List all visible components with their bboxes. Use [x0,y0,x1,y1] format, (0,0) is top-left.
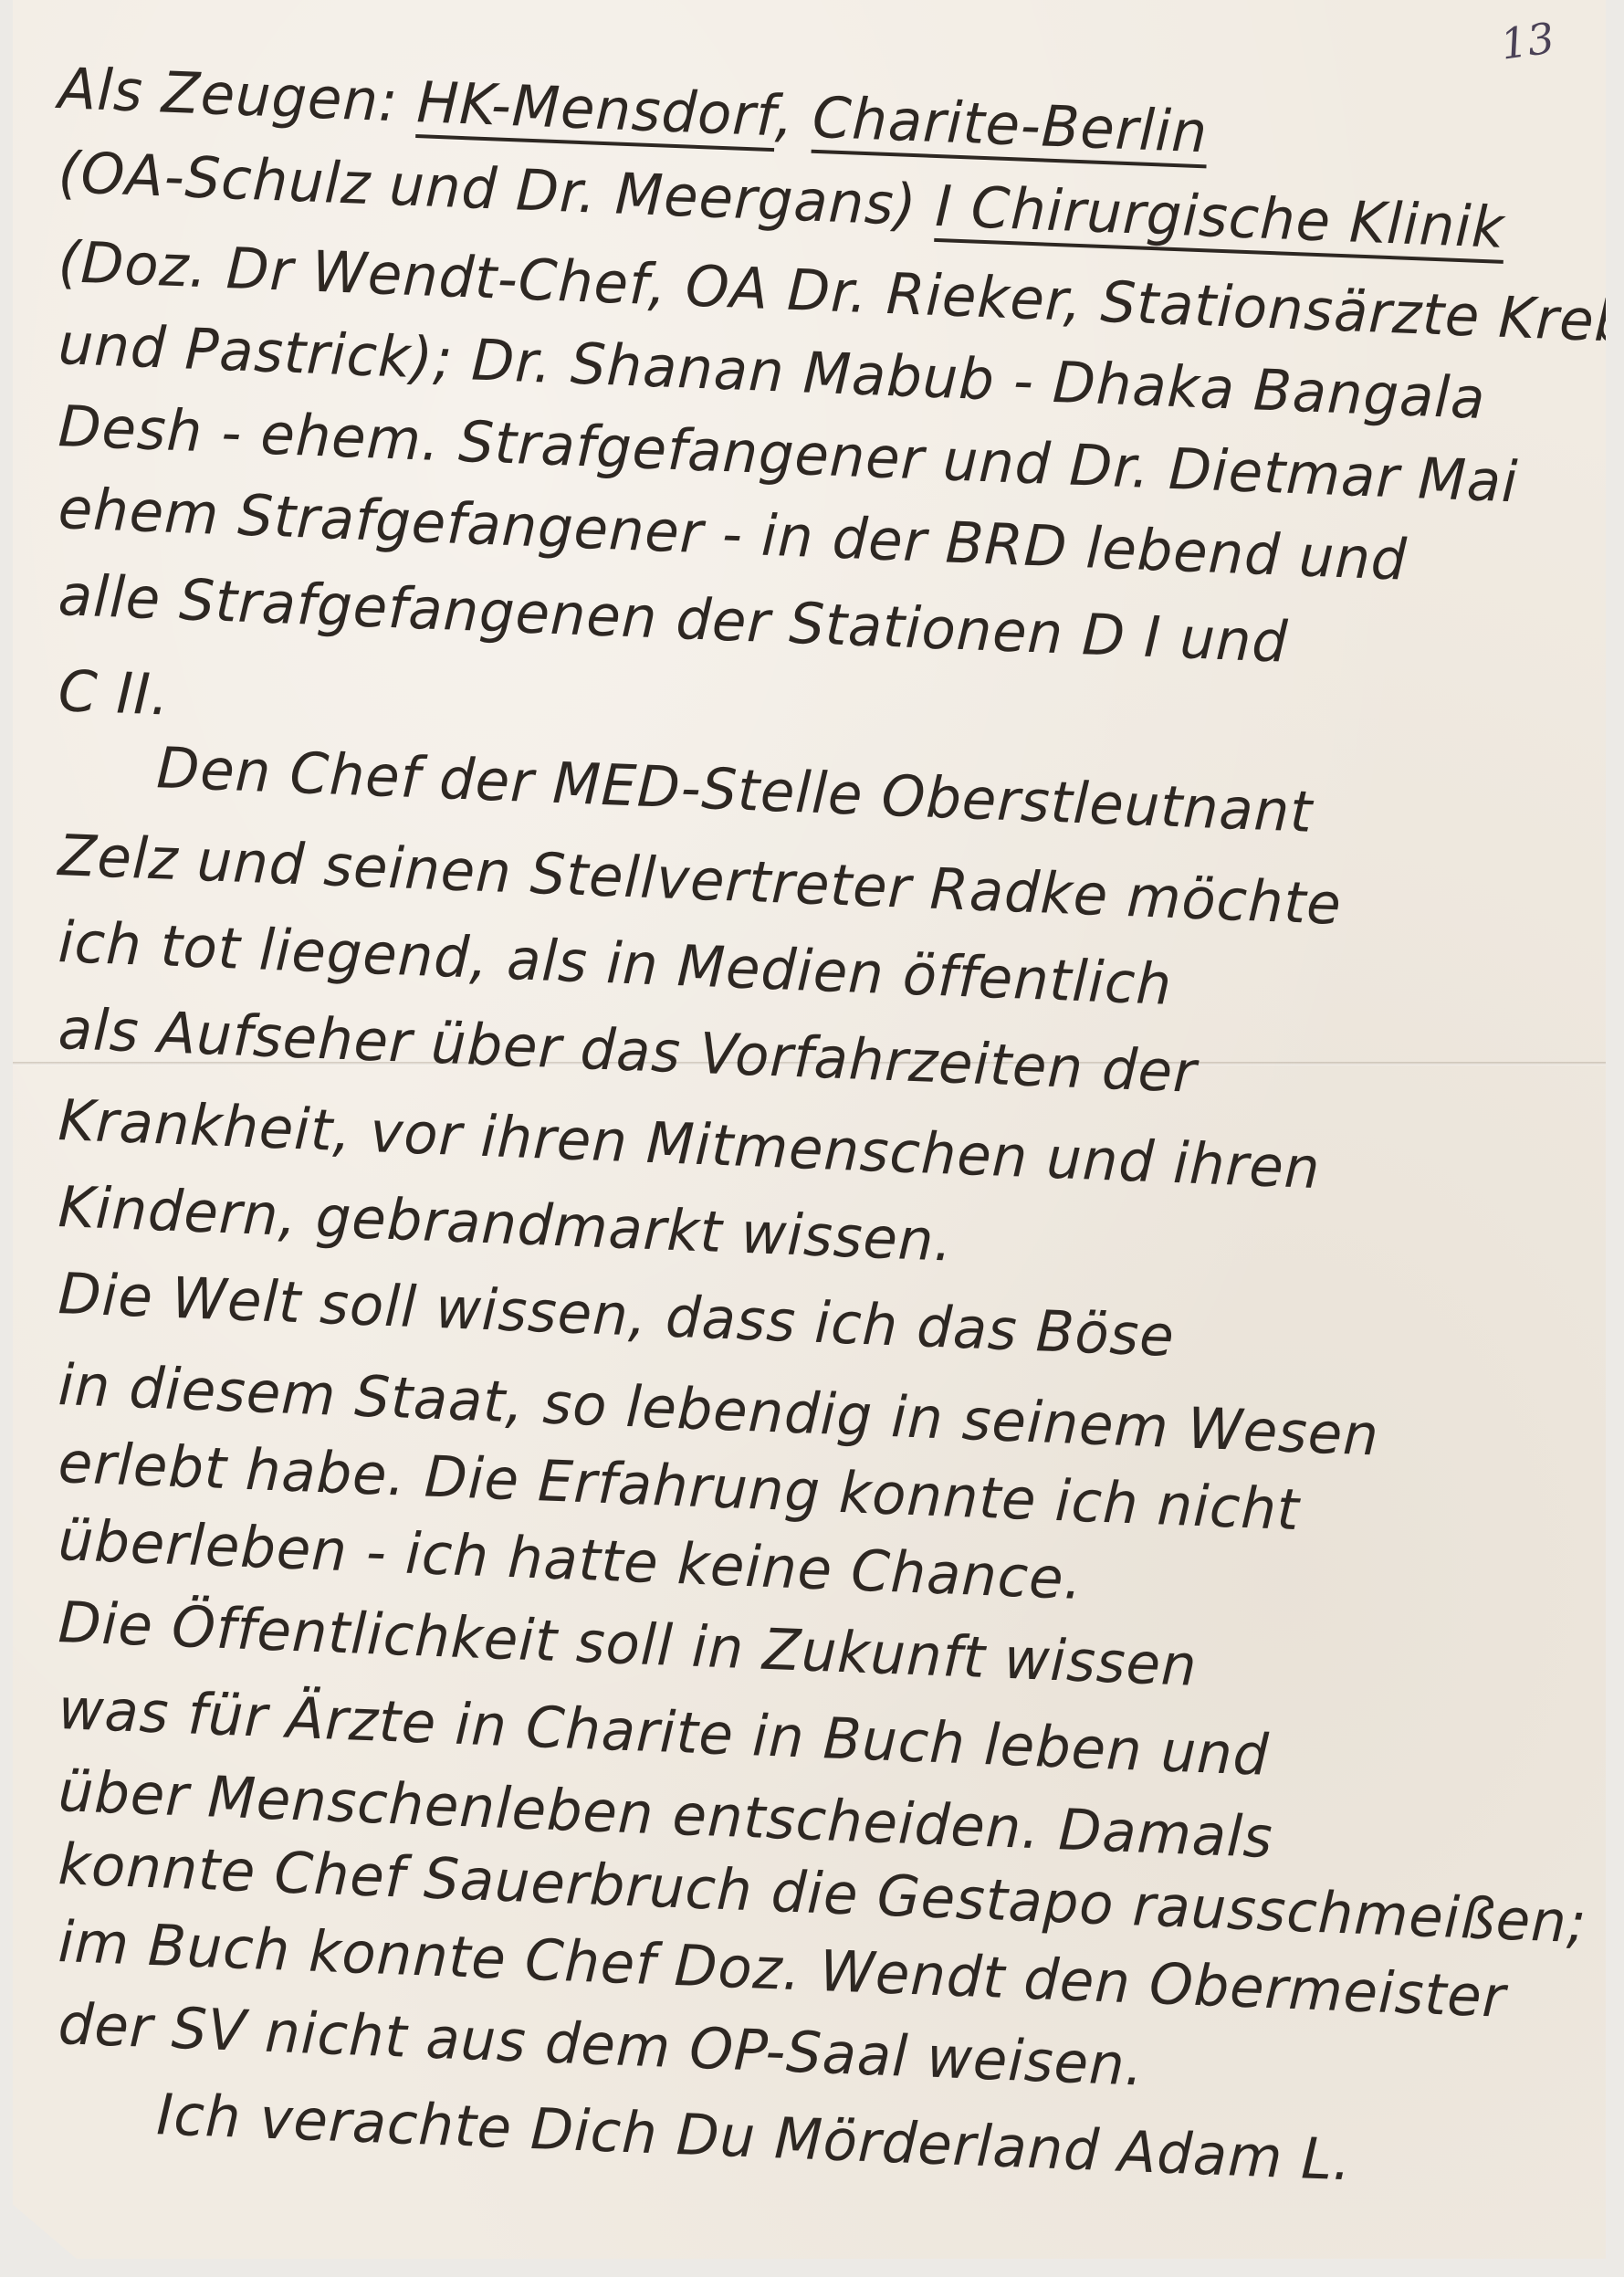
text-segment: Kindern, gebrandmarkt wissen. [58,1173,954,1275]
page-number: 13 [1498,13,1557,69]
text-segment: , [774,82,813,151]
letter-sheet: 13 Als Zeugen: HK-Mensdorf, Charite-Berl… [13,0,1606,2259]
underlined-place-hk-mensdorf: HK-Mensdorf [415,68,777,149]
text-segment: Den Chef der MED-Stelle Oberstleutnant [155,734,1314,845]
underlined-clinic-name: I Chirurgische Klinik [934,173,1505,261]
underlined-place-charite-berlin: Charite-Berlin [812,84,1210,166]
text-line-15: Die Welt soll wissen, dass ich das Böse [58,1260,1176,1369]
text-line-14: Kindern, gebrandmarkt wissen. [58,1173,954,1275]
text-segment: Die Welt soll wissen, dass ich das Böse [58,1260,1176,1369]
text-segment: C II. [58,657,172,729]
text-segment: (OA-Schulz und Dr. Meergans) [58,139,937,239]
text-segment: Als Zeugen: [58,55,418,135]
text-line-8: C II. [58,657,172,729]
text-line-25-signature: Ich verachte Dich Du Mörderland Adam L. [58,2077,1353,2193]
closing-and-signature: Ich verachte Dich Du Mörderland Adam L. [155,2081,1353,2193]
